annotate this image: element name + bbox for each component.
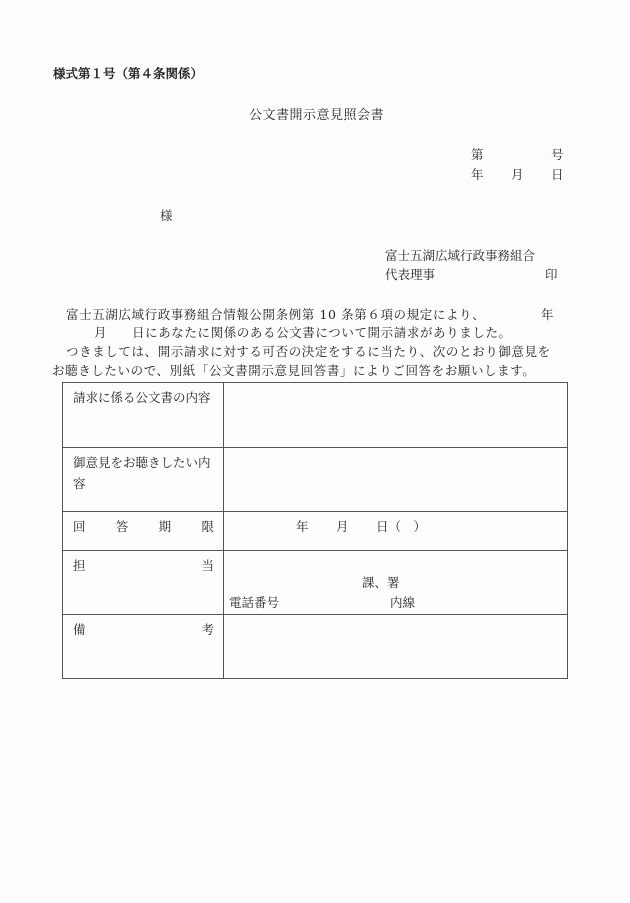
date-day: 日	[551, 165, 564, 183]
table-row: 備 考	[63, 615, 568, 679]
seal-mark: 印	[545, 265, 558, 283]
section-label: 課、署	[362, 573, 400, 591]
table-row: 回 答 期 限 年 月 日（ ）	[63, 512, 568, 551]
body-line-2-month: 月	[94, 323, 107, 341]
body-line-1: 富士五湖広域行政事務組合情報公開条例第 10 条第６項の規定により、	[66, 305, 485, 323]
label-remarks: 備 考	[63, 615, 224, 679]
value-response-deadline[interactable]: 年 月 日（ ）	[224, 512, 568, 551]
label-requested-document: 請求に係る公文書の内容	[63, 383, 224, 448]
deadline-year: 年	[296, 517, 309, 535]
addressee-honorific: 様	[160, 206, 173, 224]
label-person-in-charge: 担 当	[63, 551, 224, 615]
table-row: 担 当 課、署 電話番号 内線	[63, 551, 568, 615]
phone-label: 電話番号	[229, 593, 279, 611]
table-row: 御意見をお聴きしたい内容	[63, 448, 568, 512]
value-requested-document[interactable]	[224, 383, 568, 448]
label-response-deadline: 回 答 期 限	[63, 512, 224, 551]
table-row: 請求に係る公文書の内容	[63, 383, 568, 448]
date-year: 年	[471, 165, 484, 183]
sender-organization: 富士五湖広域行政事務組合	[385, 246, 535, 264]
body-line-3: つきましては、開示請求に対する可否の決定をするに当たり、次のとおり御意見を	[66, 342, 551, 360]
inquiry-table: 請求に係る公文書の内容 御意見をお聴きしたい内容 回 答 期 限 年 月 日（ …	[62, 382, 568, 679]
document-title: 公文書開示意見照会書	[249, 104, 384, 123]
body-line-1-year: 年	[541, 305, 554, 323]
body-line-2: 日にあなたに関係のある公文書について開示請求がありました。	[132, 323, 512, 341]
value-remarks[interactable]	[224, 615, 568, 679]
value-person-in-charge[interactable]: 課、署 電話番号 内線	[224, 551, 568, 615]
date-month: 月	[511, 165, 524, 183]
deadline-month: 月	[336, 517, 349, 535]
label-opinion-content: 御意見をお聴きしたい内容	[63, 448, 224, 512]
form-number: 様式第１号（第４条関係）	[53, 64, 203, 82]
extension-label: 内線	[390, 593, 415, 611]
doc-number-suffix: 号	[551, 145, 564, 163]
doc-number-prefix: 第	[471, 145, 484, 163]
value-opinion-content[interactable]	[224, 448, 568, 512]
sender-title: 代表理事	[385, 265, 435, 283]
deadline-day: 日（ ）	[376, 517, 426, 535]
body-line-4: お聴きしたいので、別紙「公文書開示意見回答書」によりご回答をお願いします。	[52, 361, 535, 379]
